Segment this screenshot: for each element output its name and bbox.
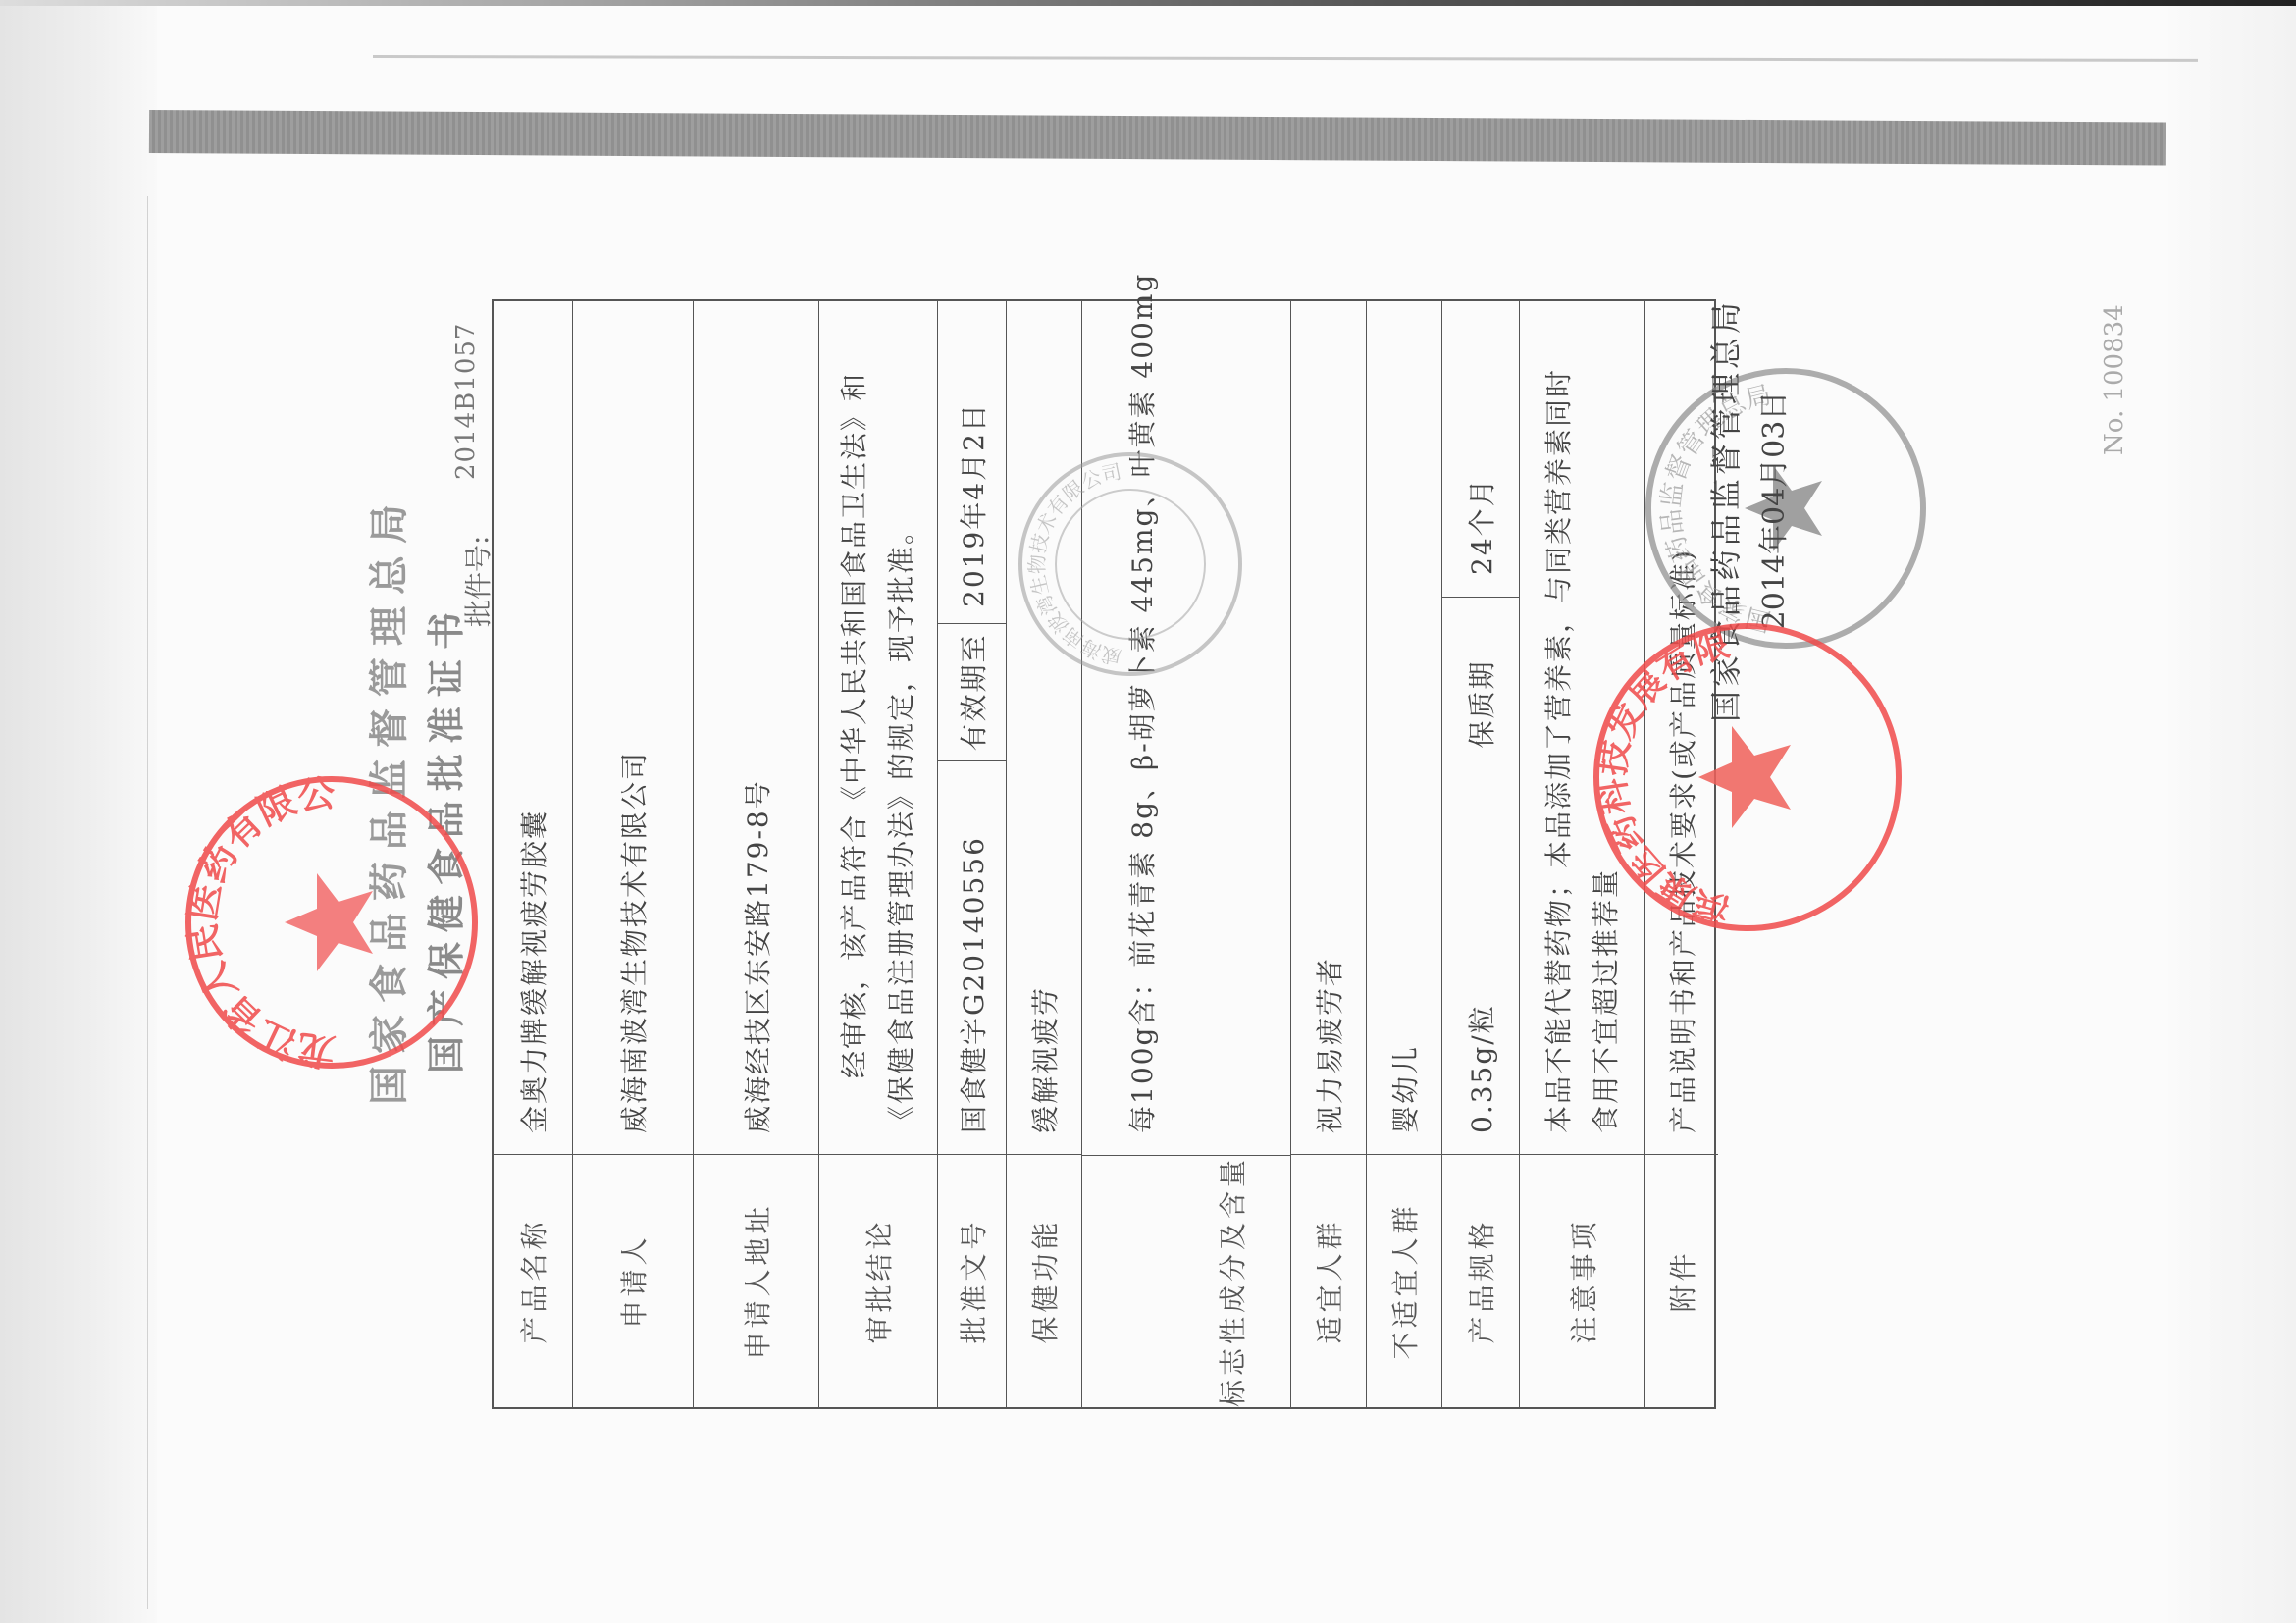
- label-shelf-life: 保质期: [1442, 597, 1519, 811]
- label-product-specification: 产品规格: [1442, 1154, 1519, 1407]
- value-attachments: 产品说明书和产品技术要求(或产品质量标准): [1645, 301, 1718, 1155]
- certificate-document: 国家食品药品监督管理总局 国产保健食品批准证书 批件号: 2014B1057 N…: [0, 0, 2296, 1623]
- certificate-title: 国产保健食品批准证书: [416, 602, 470, 1073]
- approval-number: 2014B1057: [451, 323, 481, 480]
- row-suitable-population: 适宜人群 视力易疲劳者: [1290, 301, 1366, 1407]
- value-precautions: 本品不能代替药物；本品添加了营养素，与同类营养素同时 食用不宜超过推荐量: [1520, 301, 1644, 1155]
- value-unsuitable-population: 婴幼儿: [1367, 301, 1441, 1155]
- value-product-name: 金奥力牌缓解视疲劳胶囊: [494, 301, 572, 1155]
- label-attachments: 附件: [1645, 1154, 1718, 1407]
- label-approval-document-number: 批准文号: [938, 1154, 1006, 1407]
- row-approval-conclusion: 审批结论 经审核，该产品符合《中华人民共和国食品卫生法》和 《保健食品注册管理办…: [818, 301, 937, 1407]
- certificate-table: 产品名称 金奥力牌缓解视疲劳胶囊 申请人 威海南波湾生物技术有限公司 申请人地址…: [492, 299, 1716, 1409]
- conclusion-line-1: 经审核，该产品符合《中华人民共和国食品卫生法》和: [831, 372, 878, 1133]
- label-unsuitable-population: 不适宜人群: [1367, 1154, 1441, 1407]
- value-applicant-address: 威海经技区东安路179-8号: [694, 301, 818, 1155]
- value-marker-ingredients: 每100g含：前花青素 8g、β-胡萝卜素 445mg、叶黄素 400mg: [1082, 301, 1290, 1155]
- approval-number-label: 批件号:: [457, 536, 496, 627]
- label-marker-ingredients: 标志性成分及含量: [1082, 1155, 1290, 1407]
- row-product-name: 产品名称 金奥力牌缓解视疲劳胶囊: [494, 301, 572, 1407]
- value-approval-conclusion: 经审核，该产品符合《中华人民共和国食品卫生法》和 《保健食品注册管理办法》的规定…: [819, 301, 937, 1155]
- serial-number: No. 100834: [2100, 304, 2129, 455]
- issuer-heading: 国家食品药品监督管理总局: [358, 493, 414, 1105]
- value-shelf-life: 24个月: [1442, 301, 1519, 597]
- row-unsuitable-population: 不适宜人群 婴幼儿: [1366, 301, 1441, 1407]
- label-valid-until: 有效期至: [938, 623, 1006, 761]
- value-valid-until: 2019年4月2日: [938, 301, 1006, 623]
- row-health-function: 保健功能 缓解视疲劳: [1006, 301, 1081, 1407]
- label-approval-conclusion: 审批结论: [819, 1154, 937, 1407]
- value-suitable-population: 视力易疲劳者: [1291, 301, 1366, 1155]
- value-health-function: 缓解视疲劳: [1007, 301, 1081, 1155]
- conclusion-line-2: 《保健食品注册管理办法》的规定，现予批准。: [878, 515, 925, 1133]
- label-suitable-population: 适宜人群: [1291, 1154, 1366, 1407]
- row-product-specification: 产品规格 0.35g/粒 保质期 24个月: [1441, 301, 1519, 1407]
- precautions-line-1: 本品不能代替药物；本品添加了营养素，与同类营养素同时: [1536, 368, 1583, 1133]
- value-approval-document-number: 国食健字G20140556: [938, 761, 1006, 1155]
- label-health-function: 保健功能: [1007, 1154, 1081, 1407]
- row-attachments: 附件 产品说明书和产品技术要求(或产品质量标准): [1644, 301, 1718, 1407]
- row-marker-ingredients: 标志性成分及含量 每100g含：前花青素 8g、β-胡萝卜素 445mg、叶黄素…: [1081, 301, 1290, 1407]
- row-precautions: 注意事项 本品不能代替药物；本品添加了营养素，与同类营养素同时 食用不宜超过推荐…: [1519, 301, 1644, 1407]
- label-precautions: 注意事项: [1520, 1154, 1644, 1407]
- precautions-line-2: 食用不宜超过推荐量: [1583, 868, 1630, 1133]
- label-product-name: 产品名称: [494, 1154, 572, 1407]
- value-product-specification: 0.35g/粒: [1442, 811, 1519, 1155]
- row-applicant: 申请人 威海南波湾生物技术有限公司: [572, 301, 693, 1407]
- label-applicant: 申请人: [573, 1154, 693, 1407]
- row-applicant-address: 申请人地址 威海经技区东安路179-8号: [693, 301, 818, 1407]
- value-applicant: 威海南波湾生物技术有限公司: [573, 301, 693, 1155]
- label-applicant-address: 申请人地址: [694, 1154, 818, 1407]
- row-approval-document-number: 批准文号 国食健字G20140556 有效期至 2019年4月2日: [937, 301, 1006, 1407]
